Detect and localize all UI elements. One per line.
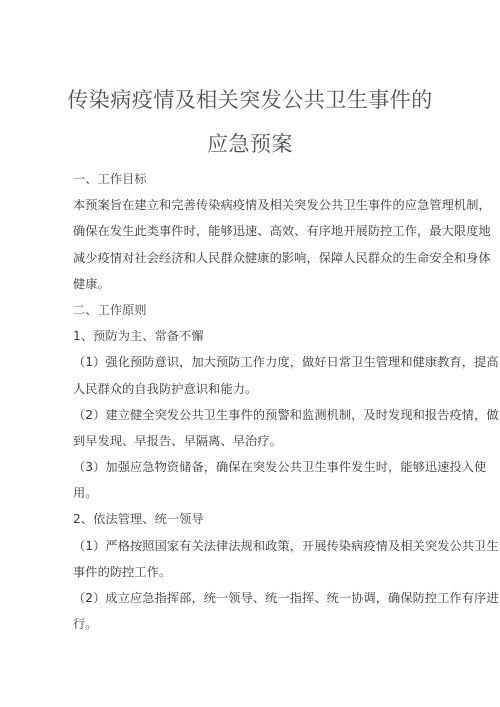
paragraph-line: （1）严格按照国家有关法律法规和政策，开展传染病疫情及相关突发公共卫生	[73, 533, 433, 559]
document-body: 一、工作目标 本预案旨在建立和完善传染病疫情及相关突发公共卫生事件的应急管理机制…	[73, 166, 433, 637]
subsection-heading-legal-management: 2、依法管理、统一领导	[73, 506, 433, 532]
section-heading-work-principles: 二、工作原则	[73, 297, 433, 323]
document-page: 传染病疫情及相关突发公共卫生事件的 应急预案 一、工作目标 本预案旨在建立和完善…	[0, 0, 500, 707]
paragraph-line: 健康。	[73, 271, 433, 297]
paragraph-line: 到早发现、早报告、早隔离、早治疗。	[73, 428, 433, 454]
paragraph-line: （2）成立应急指挥部，统一领导、统一指挥、统一协调，确保防控工作有序进	[73, 585, 433, 611]
document-title-line-2: 应急预案	[60, 128, 440, 158]
paragraph-line: 减少疫情对社会经济和人民群众健康的影响，保障人民群众的生命安全和身体	[73, 245, 433, 271]
paragraph-line: 人民群众的自我防护意识和能力。	[73, 376, 433, 402]
paragraph-line: 事件的防控工作。	[73, 559, 433, 585]
paragraph-line: 本预案旨在建立和完善传染病疫情及相关突发公共卫生事件的应急管理机制，	[73, 192, 433, 218]
paragraph-line: （3）加强应急物资储备，确保在突发公共卫生事件发生时，能够迅速投入使	[73, 454, 433, 480]
document-title-line-1: 传染病疫情及相关突发公共卫生事件的	[60, 84, 440, 114]
paragraph-line: （1）强化预防意识，加大预防工作力度，做好日常卫生管理和健康教育，提高	[73, 349, 433, 375]
paragraph-line: （2）建立健全突发公共卫生事件的预警和监测机制，及时发现和报告疫情，做	[73, 402, 433, 428]
paragraph-line: 确保在发生此类事件时，能够迅速、高效、有序地开展防控工作，最大限度地	[73, 218, 433, 244]
section-heading-work-goals: 一、工作目标	[73, 166, 433, 192]
paragraph-line: 用。	[73, 480, 433, 506]
paragraph-line: 行。	[73, 611, 433, 637]
subsection-heading-prevention: 1、预防为主、常备不懈	[73, 323, 433, 349]
